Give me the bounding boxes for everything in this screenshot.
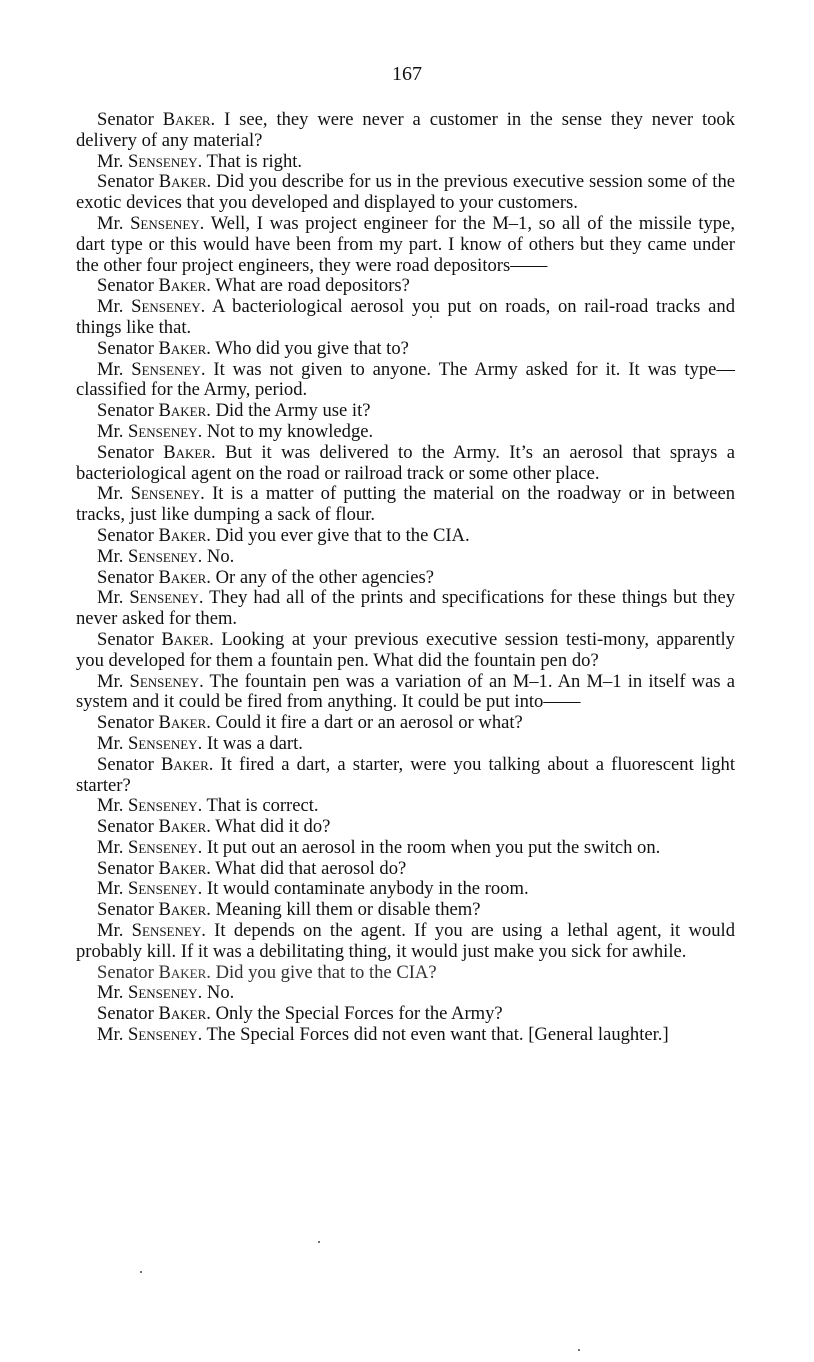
speaker-name: Senseney. <box>128 1024 202 1045</box>
exchange-paragraph: Senator Baker. Did you give that to the … <box>76 963 735 984</box>
exchange-paragraph: Mr. Senseney. It is a matter of putting … <box>76 484 735 526</box>
statement-text: Did you ever give that to the CIA. <box>216 525 470 546</box>
speaker-name: Baker. <box>159 171 211 192</box>
exchange-paragraph: Senator Baker. Did you describe for us i… <box>76 172 735 214</box>
exchange-paragraph: Mr. Senseney. A bacteriological aerosol … <box>76 297 735 339</box>
speaker-title: Senator <box>97 816 154 837</box>
statement-text: It was a dart. <box>207 733 303 754</box>
speaker-name: Senseney. <box>128 733 202 754</box>
speaker-title: Mr. <box>97 421 123 442</box>
speaker-title: Senator <box>97 525 154 546</box>
statement-text: Did the Army use it? <box>216 400 371 421</box>
speaker-name: Senseney. <box>128 795 202 816</box>
statement-text: Did you give that to the CIA? <box>216 962 437 983</box>
scan-speck <box>318 1241 320 1243</box>
statement-text: Or any of the other agencies? <box>216 567 434 588</box>
exchange-paragraph: Mr. Senseney. It would contaminate anybo… <box>76 879 735 900</box>
exchange-paragraph: Senator Baker. Did you ever give that to… <box>76 526 735 547</box>
exchange-paragraph: Mr. Senseney. The Special Forces did not… <box>76 1025 735 1046</box>
speaker-name: Senseney. <box>128 151 202 172</box>
speaker-title: Mr. <box>97 733 123 754</box>
statement-text: No. <box>207 546 234 567</box>
speaker-name: Senseney. <box>130 671 204 692</box>
exchange-paragraph: Senator Baker. Or any of the other agenc… <box>76 568 735 589</box>
exchange-paragraph: Senator Baker. What are road depositors? <box>76 276 735 297</box>
speaker-title: Senator <box>97 109 154 130</box>
exchange-paragraph: Senator Baker. Could it fire a dart or a… <box>76 713 735 734</box>
statement-text: Who did you give that to? <box>215 338 409 359</box>
speaker-name: Senseney. <box>128 421 202 442</box>
speaker-title: Mr. <box>97 671 123 692</box>
exchange-paragraph: Mr. Senseney. It was not given to anyone… <box>76 360 735 402</box>
speaker-name: Baker. <box>158 338 210 359</box>
statement-text: That is right. <box>207 151 303 172</box>
exchange-paragraph: Senator Baker. Did the Army use it? <box>76 401 735 422</box>
exchange-paragraph: Mr. Senseney. The fountain pen was a var… <box>76 672 735 714</box>
speaker-name: Baker. <box>158 275 210 296</box>
speaker-name: Baker. <box>161 629 213 650</box>
statement-text: What are road depositors? <box>215 275 410 296</box>
statement-text: No. <box>207 982 234 1003</box>
speaker-title: Senator <box>97 400 154 421</box>
speaker-title: Mr. <box>97 1024 123 1045</box>
exchange-paragraph: Senator Baker. But it was delivered to t… <box>76 443 735 485</box>
speaker-title: Senator <box>97 275 154 296</box>
speaker-name: Senseney. <box>132 920 206 941</box>
exchange-paragraph: Senator Baker. Looking at your previous … <box>76 630 735 672</box>
exchange-paragraph: Senator Baker. It fired a dart, a starte… <box>76 755 735 797</box>
exchange-paragraph: Mr. Senseney. It was a dart. <box>76 734 735 755</box>
speaker-title: Mr. <box>97 837 123 858</box>
speaker-name: Baker. <box>158 858 210 879</box>
speaker-name: Baker. <box>163 442 215 463</box>
speaker-name: Senseney. <box>131 359 205 380</box>
speaker-title: Mr. <box>97 587 123 608</box>
transcript-body: Senator Baker. I see, they were never a … <box>76 110 735 1046</box>
speaker-name: Baker. <box>158 962 210 983</box>
speaker-name: Senseney. <box>128 982 202 1003</box>
exchange-paragraph: Senator Baker. Meaning kill them or disa… <box>76 900 735 921</box>
speaker-name: Baker. <box>158 712 210 733</box>
speaker-name: Senseney. <box>129 587 203 608</box>
speaker-title: Mr. <box>97 982 123 1003</box>
speaker-name: Baker. <box>161 754 213 775</box>
statement-text: That is correct. <box>207 795 319 816</box>
exchange-paragraph: Mr. Senseney. It put out an aerosol in t… <box>76 838 735 859</box>
speaker-name: Baker. <box>158 567 210 588</box>
speaker-title: Senator <box>97 962 154 983</box>
exchange-paragraph: Mr. Senseney. No. <box>76 547 735 568</box>
speaker-name: Baker. <box>158 400 210 421</box>
statement-text: The Special Forces did not even want tha… <box>207 1024 669 1045</box>
speaker-title: Mr. <box>97 483 123 504</box>
exchange-paragraph: Mr. Senseney. No. <box>76 983 735 1004</box>
scan-speck <box>578 1349 580 1351</box>
exchange-paragraph: Senator Baker. I see, they were never a … <box>76 110 735 152</box>
speaker-name: Baker. <box>158 816 210 837</box>
statement-text: Not to my knowledge. <box>207 421 373 442</box>
speaker-name: Senseney. <box>128 837 202 858</box>
exchange-paragraph: Mr. Senseney. Not to my knowledge. <box>76 422 735 443</box>
statement-text: It put out an aerosol in the room when y… <box>207 837 660 858</box>
exchange-paragraph: Mr. Senseney. It depends on the agent. I… <box>76 921 735 963</box>
speaker-title: Mr. <box>97 920 123 941</box>
speaker-name: Senseney. <box>131 483 205 504</box>
speaker-title: Mr. <box>97 296 123 317</box>
speaker-title: Mr. <box>97 151 123 172</box>
speaker-name: Senseney. <box>131 296 205 317</box>
exchange-paragraph: Senator Baker. Only the Special Forces f… <box>76 1004 735 1025</box>
speaker-title: Mr. <box>97 795 123 816</box>
speaker-title: Mr. <box>97 878 123 899</box>
speaker-title: Senator <box>97 754 154 775</box>
document-page: 167 Senator Baker. I see, they were neve… <box>0 0 814 1362</box>
speaker-name: Baker. <box>163 109 215 130</box>
exchange-paragraph: Mr. Senseney. That is correct. <box>76 796 735 817</box>
exchange-paragraph: Senator Baker. What did it do? <box>76 817 735 838</box>
speaker-title: Senator <box>97 899 154 920</box>
statement-text: Could it fire a dart or an aerosol or wh… <box>216 712 523 733</box>
exchange-paragraph: Mr. Senseney. Well, I was project engine… <box>76 214 735 276</box>
exchange-paragraph: Senator Baker. What did that aerosol do? <box>76 859 735 880</box>
speaker-name: Baker. <box>158 899 210 920</box>
scan-speck <box>430 316 432 318</box>
speaker-title: Mr. <box>97 546 123 567</box>
speaker-title: Senator <box>97 171 154 192</box>
speaker-title: Senator <box>97 858 154 879</box>
speaker-title: Mr. <box>97 359 123 380</box>
exchange-paragraph: Mr. Senseney. They had all of the prints… <box>76 588 735 630</box>
speaker-title: Mr. <box>97 213 123 234</box>
speaker-title: Senator <box>97 442 154 463</box>
exchange-paragraph: Senator Baker. Who did you give that to? <box>76 339 735 360</box>
statement-text: What did that aerosol do? <box>215 858 406 879</box>
statement-text: It would contaminate anybody in the room… <box>207 878 529 899</box>
speaker-name: Senseney. <box>130 213 204 234</box>
page-number: 167 <box>0 62 814 86</box>
speaker-title: Senator <box>97 338 154 359</box>
speaker-title: Senator <box>97 1003 154 1024</box>
speaker-title: Senator <box>97 712 154 733</box>
speaker-name: Senseney. <box>128 878 202 899</box>
speaker-title: Senator <box>97 629 154 650</box>
scan-speck <box>140 1271 142 1273</box>
statement-text: Meaning kill them or disable them? <box>216 899 481 920</box>
statement-text: What did it do? <box>215 816 330 837</box>
statement-text: Only the Special Forces for the Army? <box>216 1003 503 1024</box>
speaker-name: Senseney. <box>128 546 202 567</box>
speaker-name: Baker. <box>158 525 210 546</box>
speaker-title: Senator <box>97 567 154 588</box>
exchange-paragraph: Mr. Senseney. That is right. <box>76 152 735 173</box>
speaker-name: Baker. <box>158 1003 210 1024</box>
